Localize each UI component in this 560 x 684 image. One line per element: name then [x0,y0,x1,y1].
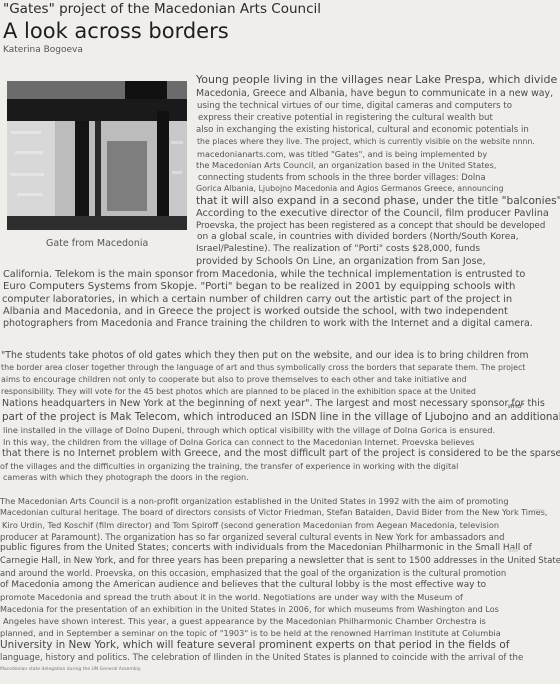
text-line: connecting students from schools in the … [198,172,486,182]
text-line: promote Macedonia and spread the truth a… [0,592,463,602]
text-line: producer at Paramount). The organization… [0,532,504,542]
text-line: Kiro Urdin, Ted Koschif (film director) … [2,520,499,530]
text-line: aims to encourage children not only to c… [1,375,467,384]
text-line: the places where they live. The project,… [197,137,535,146]
text-line: Carnegie Hall, in New York, and for thre… [0,556,560,566]
text-line: that it will also expand in a second pha… [196,195,560,207]
text-line: Nations headquarters in New York at the … [2,398,545,409]
text-line: Macedonian cultural heritage. The board … [0,508,547,517]
photo-gate-icon [7,81,187,230]
text-line: Euro Computers Systems from Skopje. "Por… [3,281,515,292]
text-line: Macedonia for the presentation of an exh… [0,604,499,614]
text-line: public figures from the United States; c… [0,543,532,553]
text-line: cameras with which they photograph the d… [3,473,249,482]
text-line: macedonianarts.com, was titled "Gates", … [197,149,487,159]
text-line: Angeles have shown interest. This year, … [3,616,486,626]
text-line: provided by Schools On Line, an organiza… [196,256,486,267]
text-line: The Macedonian Arts Council is a non-pro… [0,496,509,506]
stray-text: ина" [508,402,525,410]
text-line: the Macedonian Arts Council, an organiza… [196,160,496,170]
text-line: Young people living in the villages near… [196,73,557,86]
text-line: planned, and in September a seminar on t… [0,628,501,638]
article-author: Katerina Bogoeva [3,45,83,55]
text-line: language, history and politics. The cele… [0,653,523,663]
text-line: Macedonia, Greece and Albania, have begu… [196,88,553,99]
text-line: California. Telekom is the main sponsor … [3,269,525,280]
text-line: In this way, the children from the villa… [3,437,474,447]
text-line: "The students take photos of old gates w… [1,350,529,361]
text-line: of Macedonia among the American audience… [0,580,486,590]
text-line: also in exchanging the existing historic… [196,125,529,135]
gate-photo [7,81,187,230]
text-line: Gorica Albania, Ljubojno Macedonia and A… [196,184,503,193]
photo-caption: Gate from Macedonia [46,238,148,249]
text-line: University in New York, which will featu… [0,639,509,651]
text-line: express their creative potential in regi… [198,113,493,123]
text-line: Macedonian state delegation during the U… [0,667,141,672]
text-line: that there is no Internet problem with G… [2,448,560,459]
text-line: of the villages and the difficulties in … [0,461,458,471]
scan-artifact [508,549,518,552]
text-line: the border area closer together through … [1,363,525,372]
text-line: part of the project is Mak Telecom, whic… [2,411,560,423]
text-line: Israel/Palestine). The realization of "P… [196,244,480,254]
scan-artifact [534,509,543,511]
article-kicker: "Gates" project of the Macedonian Arts C… [3,1,321,17]
text-line: Proevska, the project has been registere… [196,221,545,231]
text-line: photographers from Macedonia and France … [3,318,533,329]
text-line: line installed in the village of Dolno D… [3,425,495,435]
text-line: According to the executive director of t… [196,208,549,219]
article-title: A look across borders [3,19,229,43]
text-line: on a global scale, in countries with div… [197,232,519,242]
text-line: responsibility. They will vote for the 4… [1,387,476,396]
text-line: Albania and Macedonia, and in Greece the… [3,306,508,317]
text-line: computer laboratories, in which a certai… [2,294,512,305]
text-line: and around the world. Proevska, on this … [0,568,506,578]
text-line: using the technical virtues of our time,… [197,101,512,111]
